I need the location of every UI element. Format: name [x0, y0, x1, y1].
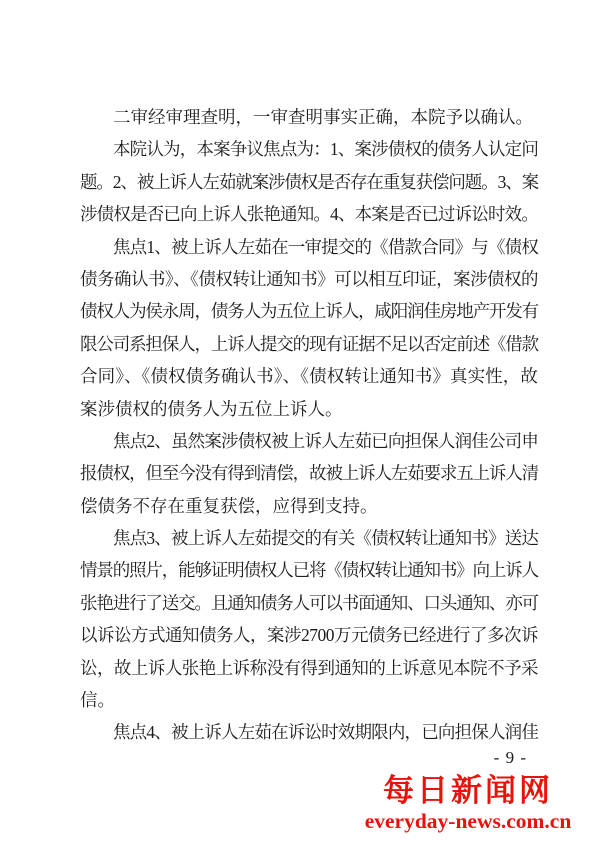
text-line: 以诉讼方式通知债务人，案涉2700万元债务已经进行了多次诉 — [80, 619, 538, 651]
text-line: 案涉债权的债务人为五位上诉人。 — [80, 393, 538, 425]
text-line: 涉债权是否已向上诉人张艳通知。4、本案是否已过诉讼时效。 — [80, 198, 538, 230]
text-line: 二审经审理查明，一审查明事实正确，本院予以确认。 — [80, 101, 538, 133]
text-line: 限公司系担保人，上诉人提交的现有证据不足以否定前述《借款 — [80, 328, 538, 360]
text-line: 合同》、《债权债务确认书》、《债权转让通知书》真实性，故 — [80, 360, 538, 392]
text-line: 焦点1、被上诉人左茹在一审提交的《借款合同》与《债权 — [80, 231, 538, 263]
document-body: 二审经审理查明，一审查明事实正确，本院予以确认。本院认为，本案争议焦点为：1、案… — [80, 101, 538, 749]
site-watermark: 每日新闻网 everyday-news.com.cn — [358, 772, 578, 832]
text-line: 报债权，但至今没有得到清偿，故被上诉人左茹要求五上诉人清 — [80, 457, 538, 489]
document-page: 二审经审理查明，一审查明事实正确，本院予以确认。本院认为，本案争议焦点为：1、案… — [0, 0, 600, 848]
text-line: 题。2、被上诉人左茹就案涉债权是否存在重复获偿问题。3、案 — [80, 166, 538, 198]
text-line: 讼，故上诉人张艳上诉称没有得到通知的上诉意见本院不予采 — [80, 652, 538, 684]
text-line: 焦点3、被上诉人左茹提交的有关《债权转让通知书》送达 — [80, 522, 538, 554]
text-line: 焦点2、虽然案涉债权被上诉人左茹已向担保人润佳公司申 — [80, 425, 538, 457]
text-line: 焦点4、被上诉人左茹在诉讼时效期限内，已向担保人润佳 — [80, 716, 538, 748]
text-line: 债权人为侯永周，债务人为五位上诉人，咸阳润佳房地产开发有 — [80, 295, 538, 327]
page-number: - 9 - — [80, 748, 527, 768]
text-line: 本院认为，本案争议焦点为：1、案涉债权的债务人认定问 — [80, 133, 538, 165]
text-line: 信。 — [80, 684, 538, 716]
text-line: 债务确认书》、《债权转让通知书》可以相互印证，案涉债权的 — [80, 263, 538, 295]
text-line: 张艳进行了送交。且通知债务人可以书面通知、口头通知、亦可 — [80, 587, 538, 619]
text-line: 偿债务不存在重复获偿，应得到支持。 — [80, 490, 538, 522]
site-url: everyday-news.com.cn — [358, 810, 578, 832]
site-name: 每日新闻网 — [358, 772, 578, 810]
text-line: 情景的照片，能够证明债权人已将《债权转让通知书》向上诉人 — [80, 554, 538, 586]
